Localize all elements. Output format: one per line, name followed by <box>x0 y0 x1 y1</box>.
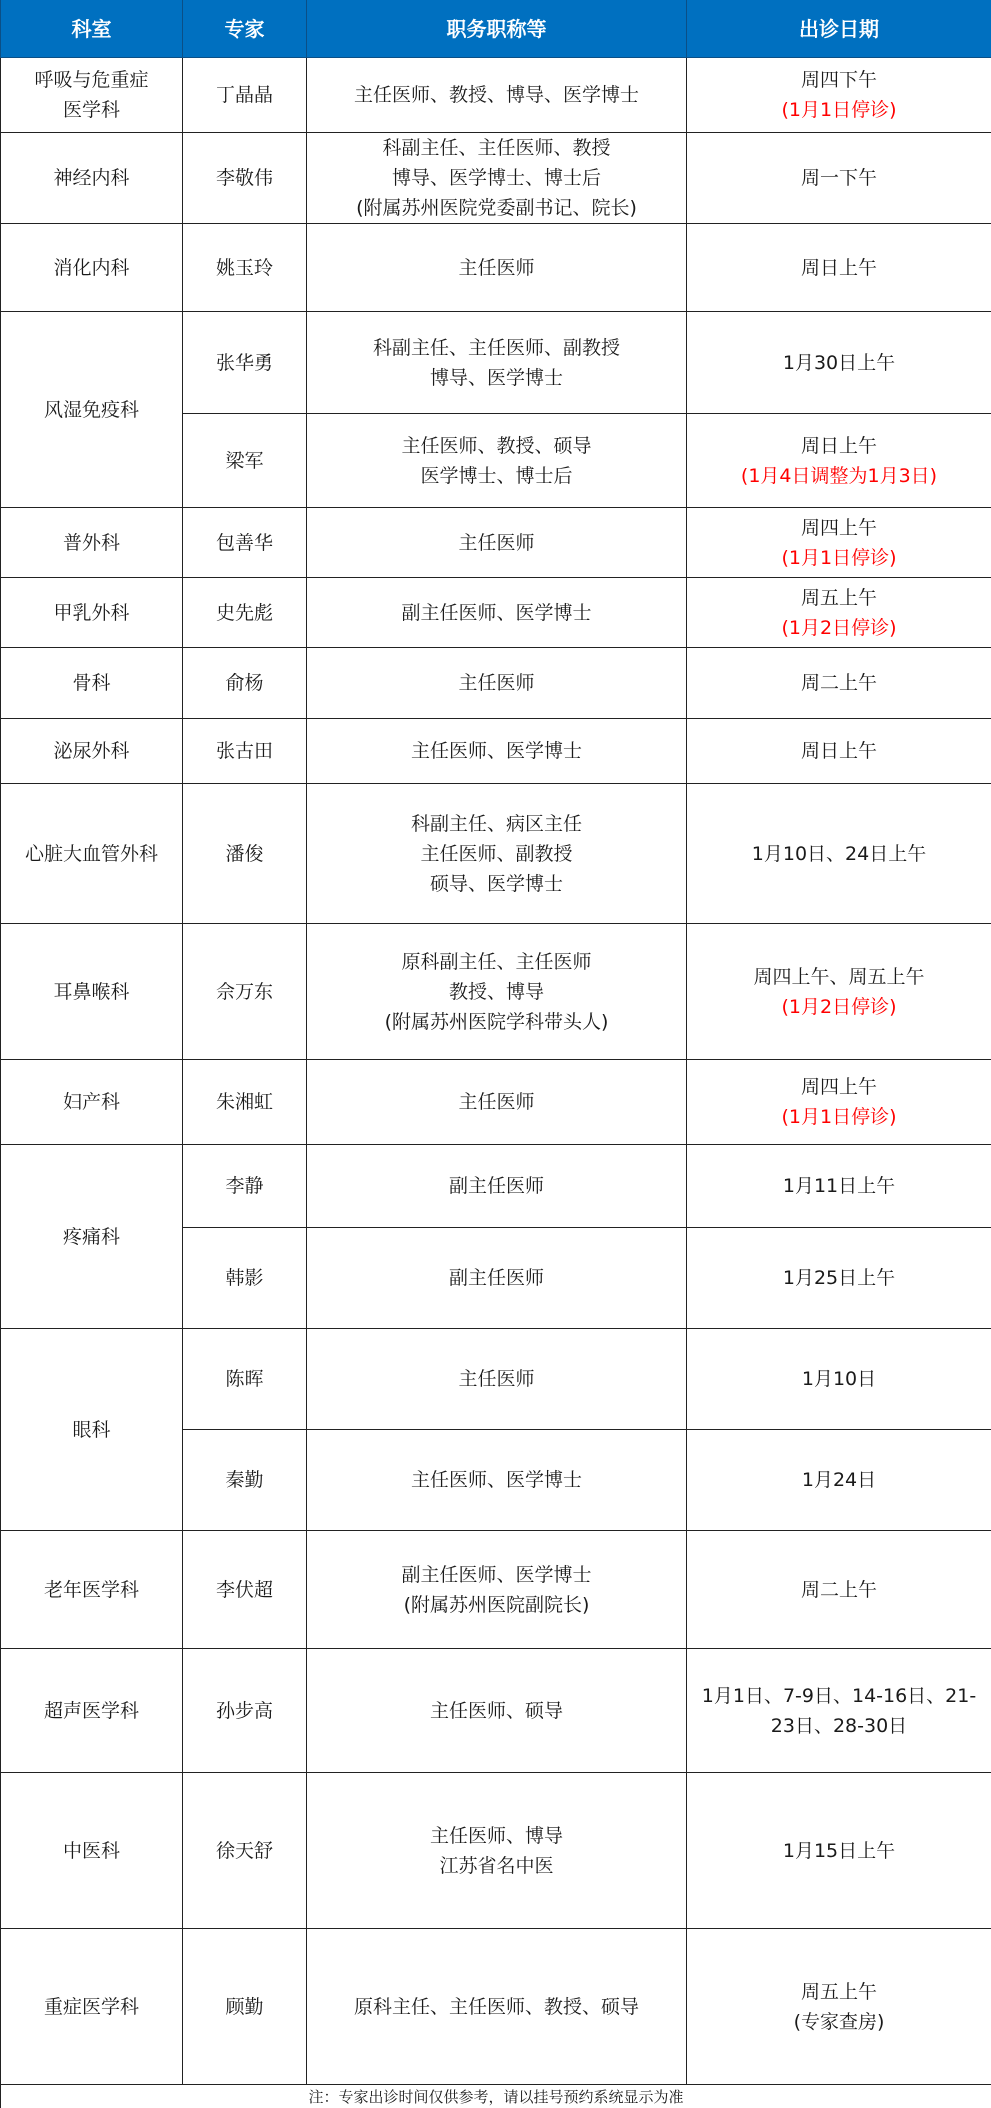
title-cell: 主任医师、医学博士 <box>307 1430 687 1531</box>
table-row: 骨科俞杨主任医师周二上午 <box>1 648 991 719</box>
cell-line: 眼科 <box>5 1415 178 1445</box>
dept-cell: 疼痛科 <box>1 1145 183 1329</box>
cell-line: 周四上午、周五上午 <box>691 962 987 992</box>
cell-line: 耳鼻喉科 <box>5 977 178 1007</box>
cell-line: 主任医师 <box>311 528 682 558</box>
expert-cell: 张华勇 <box>183 312 307 414</box>
cell-line: (附属苏州医院副院长) <box>311 1590 682 1620</box>
cell-line: 1月15日上午 <box>691 1836 987 1866</box>
footer-note-row: 注：专家出诊时间仅供参考，请以挂号预约系统显示为准 <box>1 2085 991 2108</box>
header-expert: 专家 <box>183 0 307 58</box>
title-cell: 原科副主任、主任医师教授、博导(附属苏州医院学科带头人) <box>307 924 687 1060</box>
expert-cell: 史先彪 <box>183 578 307 648</box>
cell-line: 普外科 <box>5 528 178 558</box>
dept-cell: 泌尿外科 <box>1 719 183 784</box>
expert-cell: 徐天舒 <box>183 1773 307 1929</box>
dept-cell: 风湿免疫科 <box>1 312 183 508</box>
table-row: 消化内科姚玉玲主任医师周日上午 <box>1 224 991 312</box>
expert-cell: 顾勤 <box>183 1929 307 2085</box>
expert-cell: 李敬伟 <box>183 133 307 224</box>
suspension-notice: (1月2日停诊) <box>691 992 987 1022</box>
expert-cell: 潘俊 <box>183 784 307 924</box>
suspension-notice: (1月4日调整为1月3日) <box>691 461 987 491</box>
cell-line: 周二上午 <box>691 668 987 698</box>
suspension-notice: (1月1日停诊) <box>691 1102 987 1132</box>
suspension-notice: (1月1日停诊) <box>691 543 987 573</box>
cell-line: 1月10日 <box>691 1364 987 1394</box>
dept-cell: 心脏大血管外科 <box>1 784 183 924</box>
cell-line: 骨科 <box>5 668 178 698</box>
cell-line: 呼吸与危重症 <box>5 65 178 95</box>
title-cell: 主任医师、教授、博导、医学博士 <box>307 58 687 133</box>
date-cell: 周四上午、周五上午(1月2日停诊) <box>687 924 991 1060</box>
date-cell: 周四下午(1月1日停诊) <box>687 58 991 133</box>
date-cell: 周日上午 <box>687 719 991 784</box>
date-cell: 1月10日 <box>687 1329 991 1430</box>
title-cell: 副主任医师 <box>307 1145 687 1228</box>
dept-cell: 普外科 <box>1 508 183 578</box>
cell-line: 心脏大血管外科 <box>5 839 178 869</box>
cell-line: 周日上午 <box>691 253 987 283</box>
footer-note: 注：专家出诊时间仅供参考，请以挂号预约系统显示为准 <box>1 2085 991 2108</box>
dept-cell: 呼吸与危重症医学科 <box>1 58 183 133</box>
expert-cell: 韩影 <box>183 1228 307 1329</box>
cell-line: 主任医师、医学博士 <box>311 736 682 766</box>
dept-cell: 妇产科 <box>1 1060 183 1145</box>
title-cell: 主任医师 <box>307 508 687 578</box>
date-cell: 1月11日上午 <box>687 1145 991 1228</box>
cell-line: 妇产科 <box>5 1087 178 1117</box>
table-row: 普外科包善华主任医师周四上午(1月1日停诊) <box>1 508 991 578</box>
title-cell: 科副主任、主任医师、副教授博导、医学博士 <box>307 312 687 414</box>
table-row: 眼科陈晖主任医师1月10日 <box>1 1329 991 1430</box>
title-cell: 主任医师 <box>307 648 687 719</box>
table-row: 老年医学科李伏超副主任医师、医学博士(附属苏州医院副院长)周二上午 <box>1 1531 991 1649</box>
cell-line: 疼痛科 <box>5 1222 178 1252</box>
cell-line: 重症医学科 <box>5 1992 178 2022</box>
suspension-notice: (1月2日停诊) <box>691 613 987 643</box>
title-cell: 主任医师、硕导 <box>307 1649 687 1773</box>
table-row: 疼痛科李静副主任医师1月11日上午 <box>1 1145 991 1228</box>
title-cell: 主任医师、博导江苏省名中医 <box>307 1773 687 1929</box>
expert-cell: 梁军 <box>183 414 307 508</box>
cell-line: 周二上午 <box>691 1575 987 1605</box>
table-row: 风湿免疫科张华勇科副主任、主任医师、副教授博导、医学博士1月30日上午 <box>1 312 991 414</box>
dept-cell: 眼科 <box>1 1329 183 1531</box>
dept-cell: 重症医学科 <box>1 1929 183 2085</box>
cell-line: 硕导、医学博士 <box>311 869 682 899</box>
title-cell: 主任医师 <box>307 1329 687 1430</box>
cell-line: 副主任医师 <box>311 1171 682 1201</box>
title-cell: 主任医师、医学博士 <box>307 719 687 784</box>
expert-cell: 佘万东 <box>183 924 307 1060</box>
expert-cell: 张古田 <box>183 719 307 784</box>
table-row: 泌尿外科张古田主任医师、医学博士周日上午 <box>1 719 991 784</box>
cell-line: 博导、医学博士 <box>311 363 682 393</box>
date-cell: 1月30日上午 <box>687 312 991 414</box>
dept-cell: 老年医学科 <box>1 1531 183 1649</box>
cell-line: 主任医师、硕导 <box>311 1696 682 1726</box>
table-row: 耳鼻喉科佘万东原科副主任、主任医师教授、博导(附属苏州医院学科带头人)周四上午、… <box>1 924 991 1060</box>
cell-line: 主任医师、副教授 <box>311 839 682 869</box>
cell-line: 副主任医师 <box>311 1263 682 1293</box>
table-header-row: 科室 专家 职务职称等 出诊日期 <box>1 0 991 58</box>
date-cell: 1月1日、7-9日、14-16日、21-23日、28-30日 <box>687 1649 991 1773</box>
cell-line: 江苏省名中医 <box>311 1851 682 1881</box>
table-row: 呼吸与危重症医学科丁晶晶主任医师、教授、博导、医学博士周四下午(1月1日停诊) <box>1 58 991 133</box>
title-cell: 主任医师、教授、硕导医学博士、博士后 <box>307 414 687 508</box>
cell-line: 神经内科 <box>5 163 178 193</box>
expert-schedule-table: 科室 专家 职务职称等 出诊日期 呼吸与危重症医学科丁晶晶主任医师、教授、博导、… <box>0 0 991 2108</box>
dept-cell: 中医科 <box>1 1773 183 1929</box>
expert-cell: 李伏超 <box>183 1531 307 1649</box>
cell-line: (专家查房) <box>691 2007 987 2037</box>
cell-line: 1月24日 <box>691 1465 987 1495</box>
cell-line: 老年医学科 <box>5 1575 178 1605</box>
title-cell: 副主任医师、医学博士 <box>307 578 687 648</box>
title-cell: 主任医师 <box>307 224 687 312</box>
expert-cell: 丁晶晶 <box>183 58 307 133</box>
date-cell: 周四上午(1月1日停诊) <box>687 1060 991 1145</box>
cell-line: 教授、博导 <box>311 977 682 1007</box>
cell-line: 中医科 <box>5 1836 178 1866</box>
cell-line: 博导、医学博士、博士后 <box>311 163 682 193</box>
cell-line: (附属苏州医院党委副书记、院长) <box>311 193 682 223</box>
cell-line: 科副主任、主任医师、副教授 <box>311 333 682 363</box>
dept-cell: 骨科 <box>1 648 183 719</box>
date-cell: 周二上午 <box>687 648 991 719</box>
header-date: 出诊日期 <box>687 0 991 58</box>
cell-line: 周日上午 <box>691 431 987 461</box>
dept-cell: 神经内科 <box>1 133 183 224</box>
date-cell: 1月10日、24日上午 <box>687 784 991 924</box>
date-cell: 1月15日上午 <box>687 1773 991 1929</box>
date-cell: 周日上午(1月4日调整为1月3日) <box>687 414 991 508</box>
table-row: 超声医学科孙步高主任医师、硕导1月1日、7-9日、14-16日、21-23日、2… <box>1 1649 991 1773</box>
cell-line: 1月11日上午 <box>691 1171 987 1201</box>
cell-line: 1月1日、7-9日、14-16日、21- <box>691 1681 987 1711</box>
expert-cell: 朱湘虹 <box>183 1060 307 1145</box>
cell-line: 超声医学科 <box>5 1696 178 1726</box>
header-dept: 科室 <box>1 0 183 58</box>
cell-line: 周五上午 <box>691 1977 987 2007</box>
cell-line: 科副主任、病区主任 <box>311 809 682 839</box>
suspension-notice: (1月1日停诊) <box>691 95 987 125</box>
date-cell: 1月25日上午 <box>687 1228 991 1329</box>
cell-line: 副主任医师、医学博士 <box>311 1560 682 1590</box>
cell-line: 周四上午 <box>691 1072 987 1102</box>
date-cell: 1月24日 <box>687 1430 991 1531</box>
cell-line: 主任医师 <box>311 1087 682 1117</box>
title-cell: 科副主任、病区主任主任医师、副教授硕导、医学博士 <box>307 784 687 924</box>
expert-cell: 李静 <box>183 1145 307 1228</box>
table-row: 中医科徐天舒主任医师、博导江苏省名中医1月15日上午 <box>1 1773 991 1929</box>
cell-line: 周四下午 <box>691 65 987 95</box>
cell-line: 1月30日上午 <box>691 348 987 378</box>
cell-line: (附属苏州医院学科带头人) <box>311 1007 682 1037</box>
cell-line: 主任医师、医学博士 <box>311 1465 682 1495</box>
cell-line: 风湿免疫科 <box>5 395 178 425</box>
date-cell: 周二上午 <box>687 1531 991 1649</box>
expert-cell: 姚玉玲 <box>183 224 307 312</box>
header-title: 职务职称等 <box>307 0 687 58</box>
cell-line: 副主任医师、医学博士 <box>311 598 682 628</box>
cell-line: 23日、28-30日 <box>691 1711 987 1741</box>
title-cell: 副主任医师 <box>307 1228 687 1329</box>
dept-cell: 耳鼻喉科 <box>1 924 183 1060</box>
expert-cell: 包善华 <box>183 508 307 578</box>
date-cell: 周一下午 <box>687 133 991 224</box>
cell-line: 泌尿外科 <box>5 736 178 766</box>
expert-cell: 陈晖 <box>183 1329 307 1430</box>
cell-line: 主任医师 <box>311 1364 682 1394</box>
table-row: 心脏大血管外科潘俊科副主任、病区主任主任医师、副教授硕导、医学博士1月10日、2… <box>1 784 991 924</box>
cell-line: 主任医师 <box>311 668 682 698</box>
table-row: 甲乳外科史先彪副主任医师、医学博士周五上午(1月2日停诊) <box>1 578 991 648</box>
cell-line: 医学博士、博士后 <box>311 461 682 491</box>
date-cell: 周五上午(1月2日停诊) <box>687 578 991 648</box>
date-cell: 周日上午 <box>687 224 991 312</box>
cell-line: 主任医师、教授、硕导 <box>311 431 682 461</box>
dept-cell: 甲乳外科 <box>1 578 183 648</box>
cell-line: 科副主任、主任医师、教授 <box>311 133 682 163</box>
cell-line: 原科主任、主任医师、教授、硕导 <box>311 1992 682 2022</box>
date-cell: 周五上午(专家查房) <box>687 1929 991 2085</box>
expert-cell: 俞杨 <box>183 648 307 719</box>
cell-line: 主任医师、教授、博导、医学博士 <box>311 80 682 110</box>
cell-line: 周四上午 <box>691 513 987 543</box>
cell-line: 周一下午 <box>691 163 987 193</box>
table-row: 神经内科李敬伟科副主任、主任医师、教授博导、医学博士、博士后(附属苏州医院党委副… <box>1 133 991 224</box>
expert-cell: 孙步高 <box>183 1649 307 1773</box>
dept-cell: 超声医学科 <box>1 1649 183 1773</box>
cell-line: 周日上午 <box>691 736 987 766</box>
cell-line: 医学科 <box>5 95 178 125</box>
title-cell: 副主任医师、医学博士(附属苏州医院副院长) <box>307 1531 687 1649</box>
cell-line: 1月25日上午 <box>691 1263 987 1293</box>
cell-line: 甲乳外科 <box>5 598 178 628</box>
cell-line: 1月10日、24日上午 <box>691 839 987 869</box>
table-row: 妇产科朱湘虹主任医师周四上午(1月1日停诊) <box>1 1060 991 1145</box>
cell-line: 消化内科 <box>5 253 178 283</box>
cell-line: 主任医师 <box>311 253 682 283</box>
table-row: 重症医学科顾勤原科主任、主任医师、教授、硕导周五上午(专家查房) <box>1 1929 991 2085</box>
dept-cell: 消化内科 <box>1 224 183 312</box>
title-cell: 原科主任、主任医师、教授、硕导 <box>307 1929 687 2085</box>
title-cell: 主任医师 <box>307 1060 687 1145</box>
cell-line: 原科副主任、主任医师 <box>311 947 682 977</box>
date-cell: 周四上午(1月1日停诊) <box>687 508 991 578</box>
title-cell: 科副主任、主任医师、教授博导、医学博士、博士后(附属苏州医院党委副书记、院长) <box>307 133 687 224</box>
cell-line: 主任医师、博导 <box>311 1821 682 1851</box>
cell-line: 周五上午 <box>691 583 987 613</box>
expert-cell: 秦勤 <box>183 1430 307 1531</box>
